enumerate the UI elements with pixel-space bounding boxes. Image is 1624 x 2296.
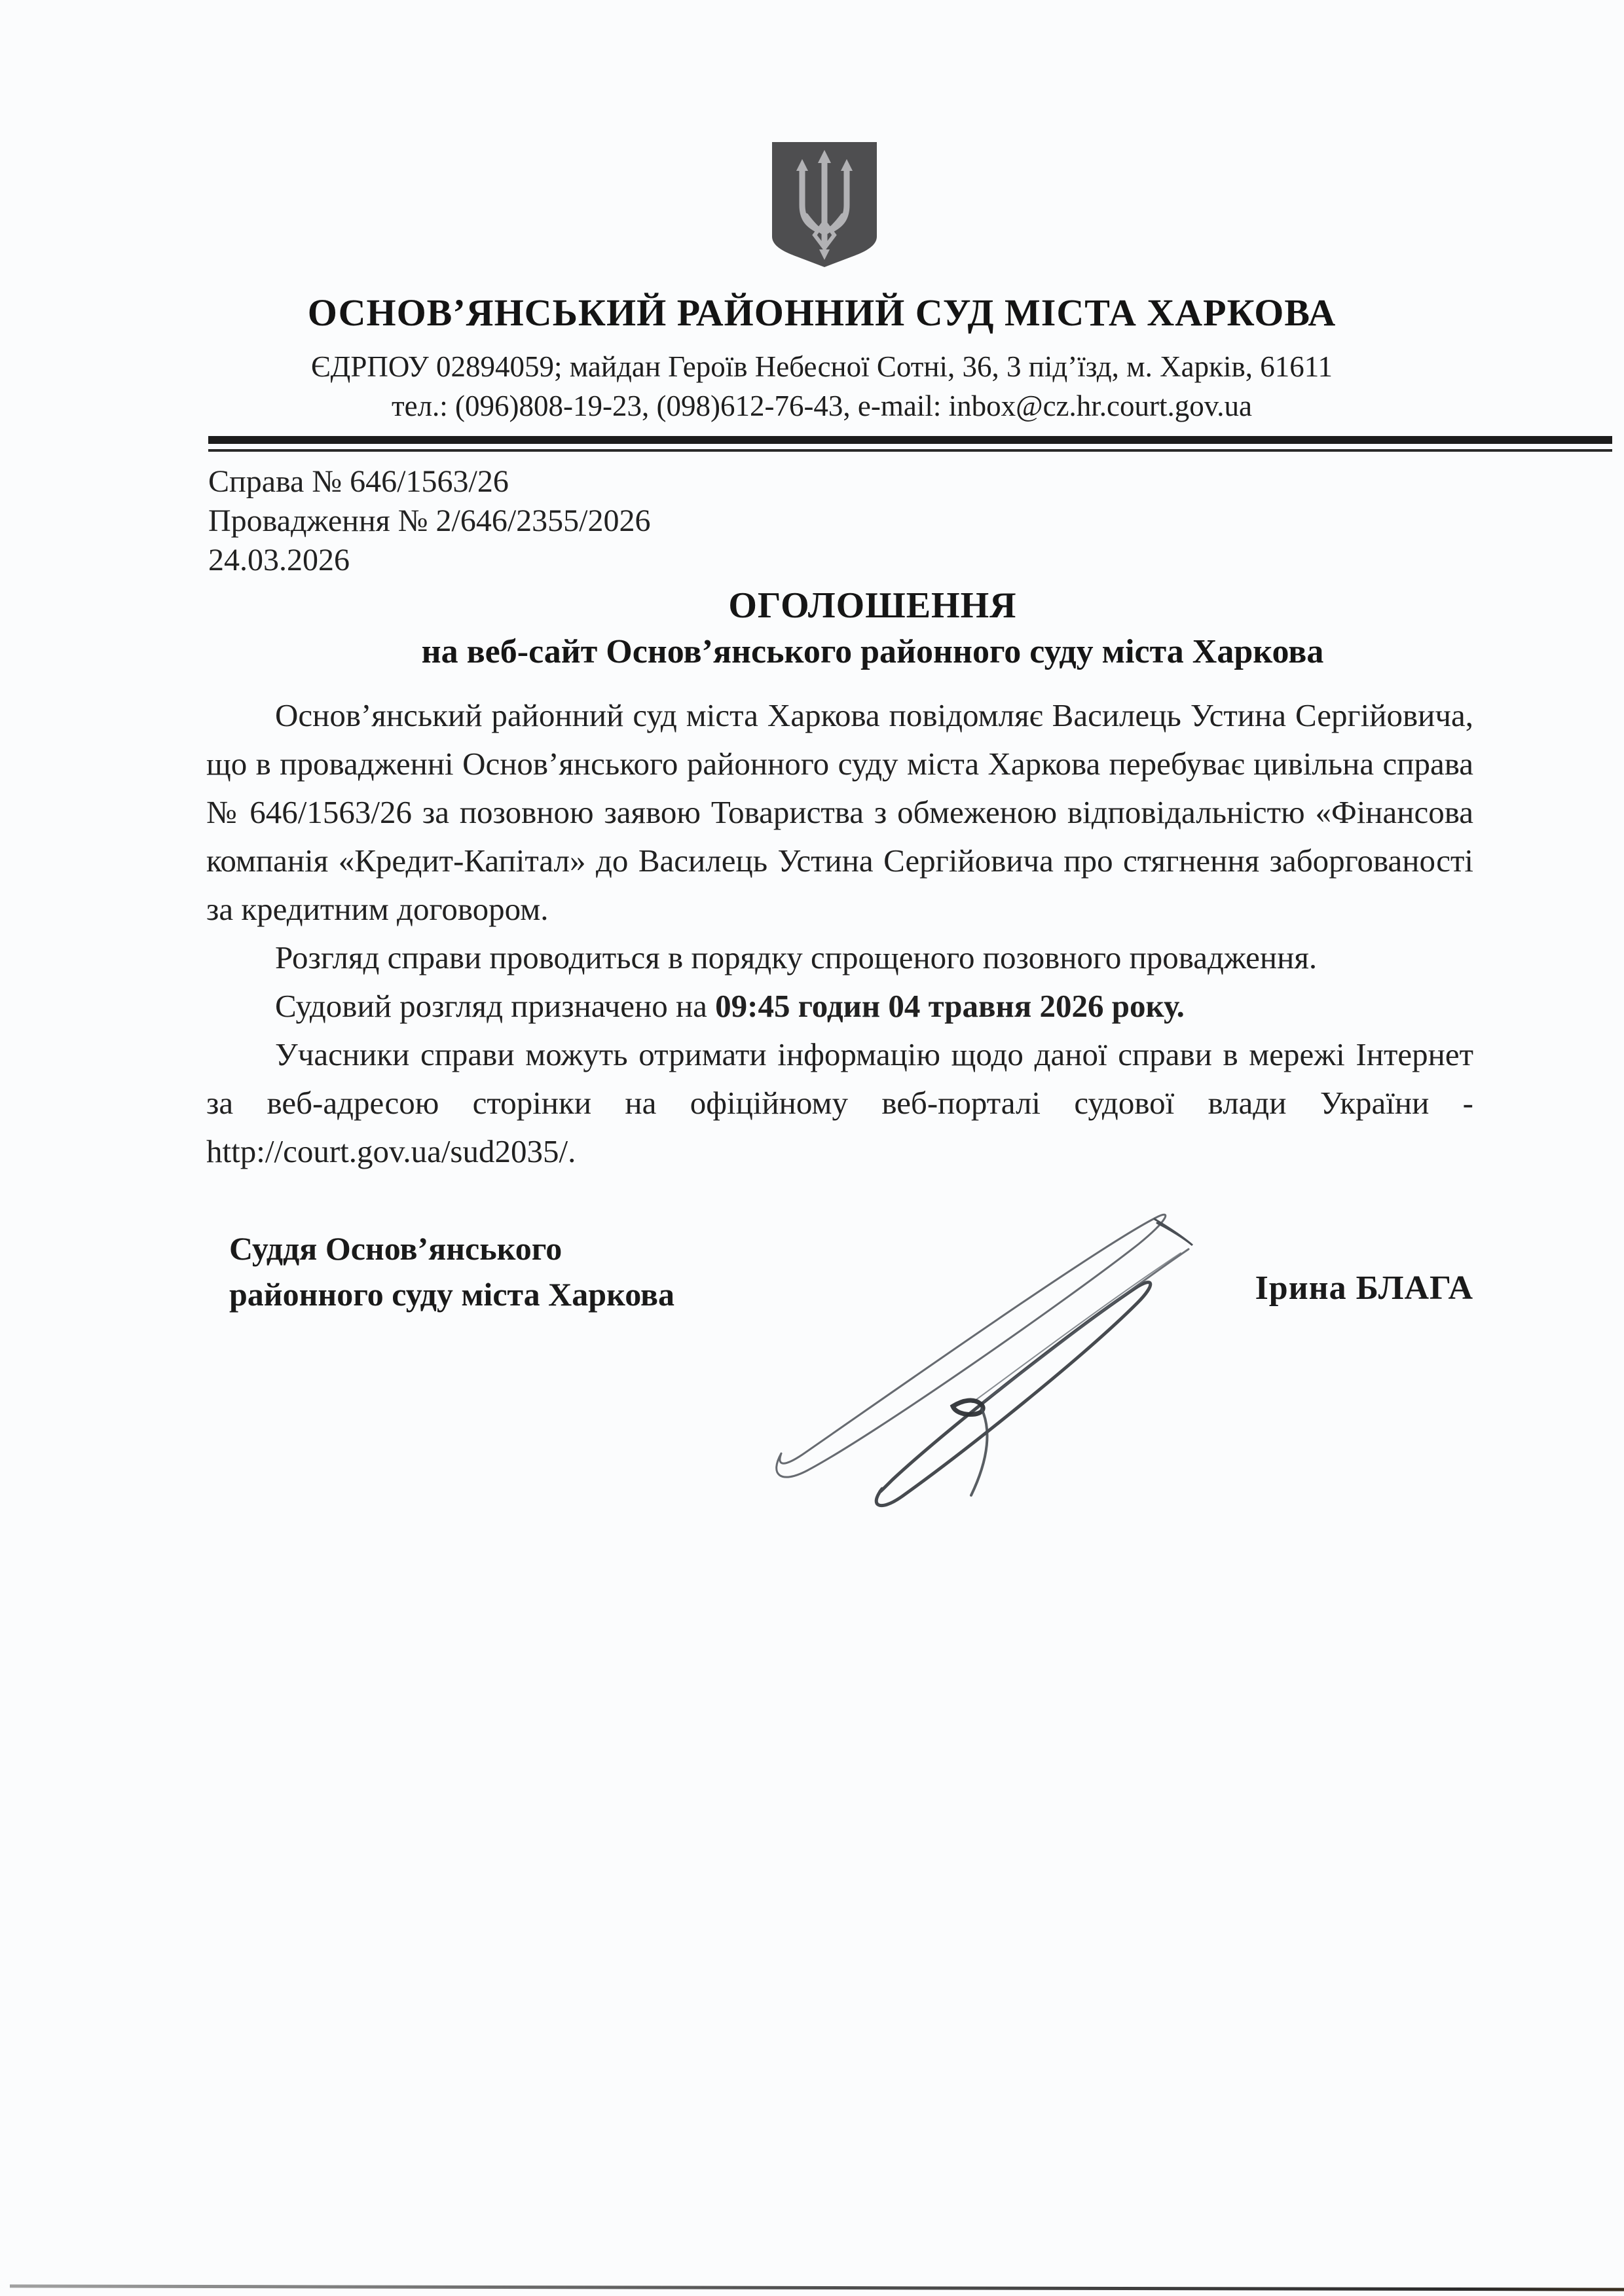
announcement-subtitle: на веб-сайт Основ’янського районного суд… (239, 632, 1506, 671)
body-paragraph-web-portal: Учасники справи можуть отримати інформац… (206, 1030, 1473, 1176)
scanned-court-document-page: ОСНОВ’ЯНСЬКИЙ РАЙОННИЙ СУД МІСТА ХАРКОВА… (0, 0, 1624, 2296)
proceeding-number: Провадження № 2/646/2355/2026 (208, 501, 651, 541)
header-divider-thick-rule (208, 436, 1612, 444)
judge-title-line-1: Суддя Основ’янського (229, 1226, 674, 1271)
scan-edge-artifact-line (10, 2284, 1624, 2291)
hearing-date-prefix: Судовий розгляд призначено на (275, 988, 715, 1024)
court-contact-line: тел.: (096)808-19-23, (098)612-76-43, e-… (164, 389, 1480, 423)
document-date: 24.03.2026 (208, 541, 651, 580)
announcement-body: Основ’янський районний суд міста Харкова… (206, 691, 1473, 1176)
hearing-date-value: 09:45 годин 04 травня 2026 року. (715, 988, 1185, 1024)
handwritten-signature (730, 1193, 1211, 1510)
body-paragraph-hearing-date: Судовий розгляд призначено на 09:45 годи… (206, 982, 1473, 1030)
body-paragraph-case-summary: Основ’янський районний суд міста Харкова… (206, 691, 1473, 934)
court-address-line: ЄДРПОУ 02894059; майдан Героїв Небесної … (164, 350, 1480, 384)
case-info-block: Справа № 646/1563/26 Провадження № 2/646… (208, 462, 651, 580)
case-number: Справа № 646/1563/26 (208, 462, 651, 501)
judge-title-line-2: районного суду міста Харкова (229, 1271, 674, 1317)
announcement-title: ОГОЛОШЕННЯ (239, 585, 1506, 627)
ukraine-trident-emblem-icon (767, 139, 882, 269)
court-name-heading: ОСНОВ’ЯНСЬКИЙ РАЙОННИЙ СУД МІСТА ХАРКОВА (164, 291, 1480, 335)
header-divider-thin-rule (208, 449, 1612, 452)
judge-title-block: Суддя Основ’янського районного суду міст… (229, 1226, 674, 1317)
body-paragraph-procedure: Розгляд справи проводиться в порядку спр… (206, 934, 1473, 982)
